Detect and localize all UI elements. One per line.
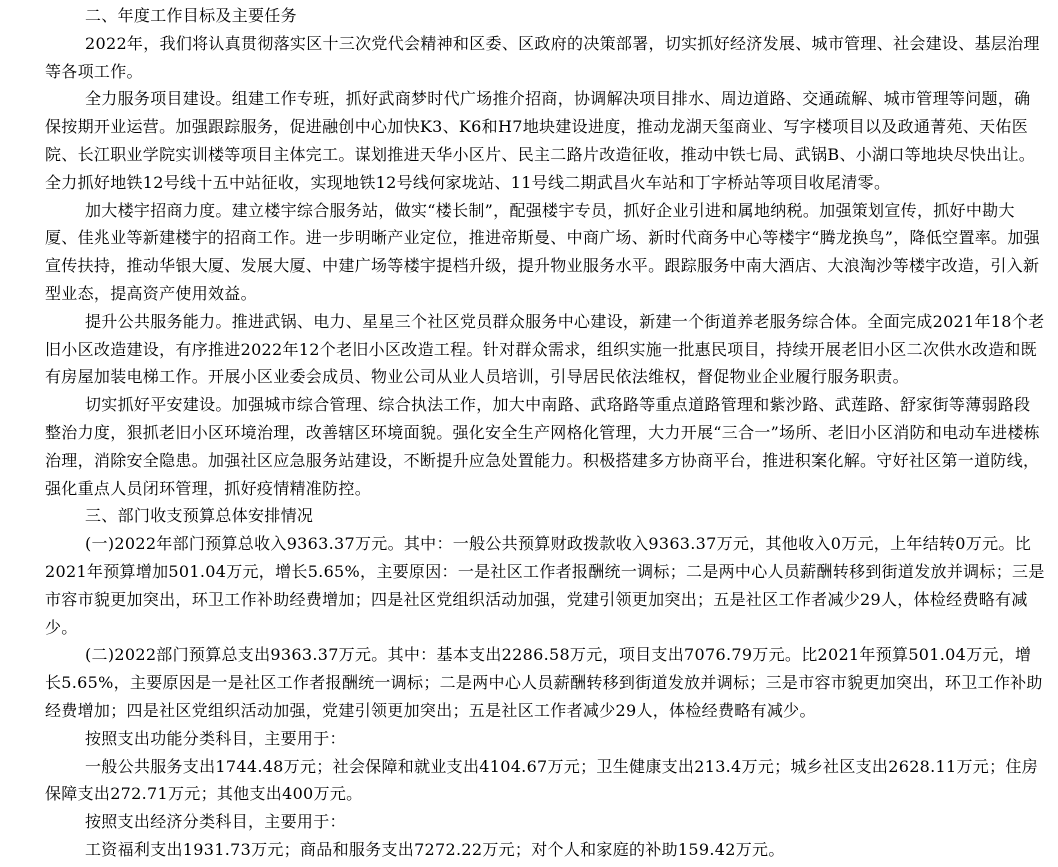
para-expenditure-economic-intro: 按照支出经济分类科目，主要用于： <box>45 808 1046 836</box>
para-public-service-capacity: 提升公共服务能力。推进武锅、电力、星星三个社区党员群众服务中心建设，新建一个街道… <box>45 308 1046 391</box>
para-2022-overall-plan: 2022年，我们将认真贯彻落实区十三次党代会精神和区委、区政府的决策部署，切实抓… <box>45 30 1046 86</box>
para-safety-construction: 切实抓好平安建设。加强城市综合管理、综合执法工作，加大中南路、武珞路等重点道路管… <box>45 391 1046 502</box>
para-expenditure-function-details: 一般公共服务支出1744.48万元；社会保障和就业支出4104.67万元；卫生健… <box>45 753 1046 809</box>
para-budget-total-expenditure: (二)2022部门预算总支出9363.37万元。其中：基本支出2286.58万元… <box>45 641 1046 724</box>
para-expenditure-economic-details: 工资福利支出1931.73万元；商品和服务支出7272.22万元；对个人和家庭的… <box>45 836 1046 864</box>
heading-annual-work-goals: 二、年度工作目标及主要任务 <box>45 2 1046 30</box>
budget-report-document: 二、年度工作目标及主要任务 2022年，我们将认真贯彻落实区十三次党代会精神和区… <box>0 0 1058 867</box>
para-building-investment: 加大楼宇招商力度。建立楼宇综合服务站，做实“楼长制”，配强楼宇专员，抓好企业引进… <box>45 197 1046 308</box>
para-budget-total-revenue: (一)2022年部门预算总收入9363.37万元。其中：一般公共预算财政拨款收入… <box>45 530 1046 641</box>
heading-budget-arrangement: 三、部门收支预算总体安排情况 <box>45 502 1046 530</box>
para-project-services: 全力服务项目建设。组建工作专班，抓好武商梦时代广场推介招商，协调解决项目排水、周… <box>45 85 1046 196</box>
para-expenditure-function-intro: 按照支出功能分类科目，主要用于： <box>45 725 1046 753</box>
